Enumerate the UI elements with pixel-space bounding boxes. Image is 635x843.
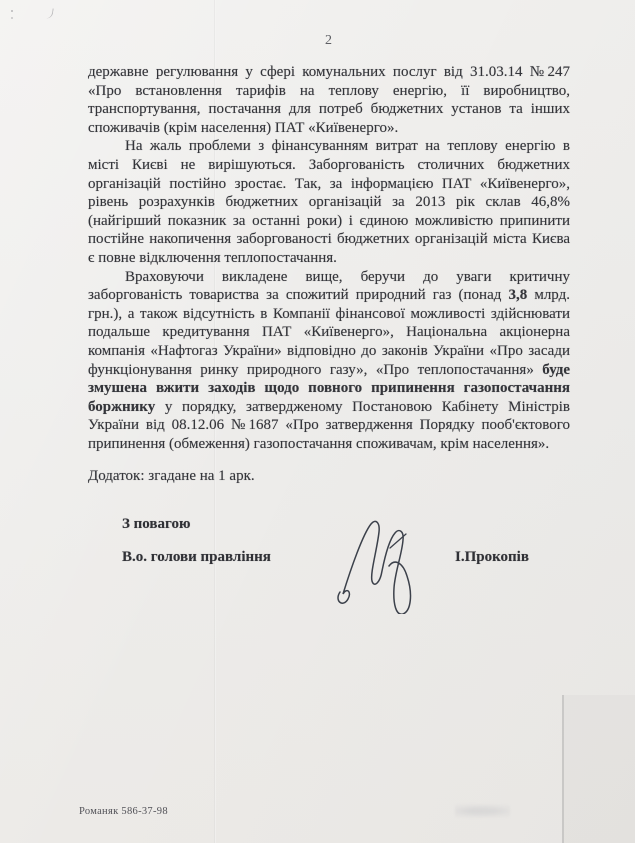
signature-icon <box>328 492 413 614</box>
footer-reference: Романяк 586-37-98 <box>79 806 168 817</box>
document-body: державне регулювання у сфері комунальних… <box>88 63 570 486</box>
paragraph-text: На жаль проблеми з фінансуванням витрат … <box>88 138 570 266</box>
scanned-letter-page: 2 державне регулювання у сфері комунальн… <box>0 0 635 843</box>
paragraph-text: державне регулювання у сфері комунальних… <box>88 64 570 136</box>
paper-edge-line <box>562 695 564 843</box>
scan-artifact <box>11 10 13 12</box>
page-number: 2 <box>88 33 570 49</box>
paragraph-text: Враховуючи викладене вище, беручи до ува… <box>88 269 570 304</box>
scan-artifact <box>45 8 53 20</box>
paragraph: державне регулювання у сфері комунальних… <box>88 63 570 137</box>
paragraph: Додаток: згадане на 1 арк. <box>88 467 570 486</box>
paper-edge-shade <box>564 695 635 843</box>
paragraph-text: Додаток: згадане на 1 арк. <box>88 468 255 484</box>
paragraph: На жаль проблеми з фінансуванням витрат … <box>88 137 570 267</box>
paragraph: Враховуючи викладене вище, беручи до ува… <box>88 268 570 454</box>
signer-title: В.о. голови правління <box>122 549 271 566</box>
paragraph-text: у порядку, затвердженому Постановою Кабі… <box>88 399 570 452</box>
paragraph-text-bold: 3,8 <box>508 287 527 303</box>
scan-artifact <box>455 803 510 819</box>
closing-salutation: З повагою <box>122 516 190 533</box>
signer-name: І.Прокопів <box>455 549 529 566</box>
